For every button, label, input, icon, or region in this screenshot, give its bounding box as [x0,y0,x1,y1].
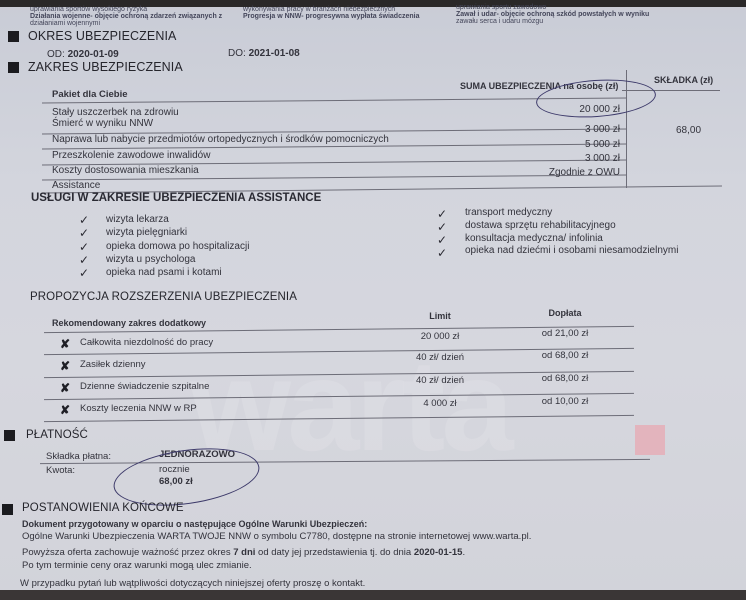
postanowienia-p4: W przypadku pytań lub wątpliwości dotycz… [20,578,365,589]
zakres-row-value: 5 000 zł [520,139,620,150]
assistance-item: konsultacja medyczna/ infolinia [465,233,603,244]
propozycja-col-limit: Limit [400,311,480,321]
fragment-line: działaniami wojennymi [30,20,222,27]
okres-from-label: OD: [47,49,65,60]
check-icon: ✓ [79,266,89,280]
check-icon: ✓ [437,220,447,234]
zakres-row-label: Śmierć w wyniku NNW [52,118,153,129]
zakres-row-label: Koszty dostosowania mieszkania [52,165,199,176]
zakres-premium: 68,00 [676,125,701,136]
section-marker-icon [8,62,19,73]
photo-edge-bottom [0,590,746,600]
x-icon: ✘ [60,337,70,351]
propozycja-col-scope: Rekomendowany zakres dodatkowy [52,318,206,328]
x-icon: ✘ [60,359,70,373]
propozycja-row-limit: 4 000 zł [400,398,480,409]
propozycja-row-extra: od 10,00 zł [525,396,605,407]
fragment-line: uprawiania sportu zawodowo [456,4,649,11]
assistance-item: opieka nad dziećmi i osobami niesamodzie… [465,245,678,256]
validity-date: 2020-01-15 [414,547,463,558]
check-icon: ✓ [79,253,89,267]
text: od daty jej przedstawienia tj. do dnia [255,547,413,558]
check-icon: ✓ [79,240,89,254]
assistance-item: dostawa sprzętu rehabilitacyjnego [465,220,616,231]
zakres-col-premium: SKŁADKA (zł) [654,75,713,85]
x-icon: ✘ [60,381,70,395]
fragment-line: Działania wojenne- objęcie ochroną zdarz… [30,13,222,20]
platnosc-title: PŁATNOŚĆ [26,429,88,441]
zakres-row-value: 3 000 zł [520,153,620,164]
assistance-item: wizyta lekarza [106,214,169,225]
propozycja-row-label: Koszty leczenia NNW w RP [80,403,197,414]
x-icon: ✘ [60,403,70,417]
postanowienia-title: POSTANOWIENIA KOŃCOWE [22,502,184,514]
text: Powyższa oferta zachowuje ważność przez … [22,547,233,558]
section-marker-icon [2,504,13,515]
fragment-line: zawału serca i udaru mózgu [456,18,649,25]
propozycja-row-label: Dzienne świadczenie szpitalne [80,381,209,392]
brand-square [635,425,665,455]
propozycja-row-label: Zasiłek dzienny [80,359,145,370]
zakres-row-label: Naprawa lub nabycie przedmiotów ortopedy… [52,134,389,145]
top-fragment-col1: uprawiania sportów wysokiego ryzyka Dzia… [30,6,222,27]
okres-from-value: 2020-01-09 [68,49,119,60]
assistance-item: wizyta pielęgniarki [106,227,187,238]
check-icon: ✓ [437,246,447,260]
propozycja-row-limit: 40 zł/ dzień [400,375,480,386]
check-icon: ✓ [437,207,447,221]
fragment-line: Zawał i udar- objęcie ochroną szkód pows… [456,11,649,18]
okres-to-label: DO: [228,48,246,59]
check-icon: ✓ [437,233,447,247]
platnosc-mode-label: Składka płatna: [46,451,111,462]
zakres-col-package: Pakiet dla Ciebie [52,89,128,100]
assistance-item: transport medyczny [465,207,552,218]
section-marker-icon [4,430,15,441]
zakres-row-value: 3 000 zł [520,124,620,135]
zakres-title: ZAKRES UBEZPIECZENIA [28,60,183,74]
propozycja-row-limit: 20 000 zł [400,331,480,342]
top-fragment-col3: uprawiania sportu zawodowo Zawał i udar-… [456,4,649,25]
propozycja-row-extra: od 21,00 zł [525,328,605,339]
propozycja-row-extra: od 68,00 zł [525,373,605,384]
okres-to-value: 2021-01-08 [249,48,300,59]
okres-title: OKRES UBEZPIECZENIA [28,29,176,43]
fragment-line: wykonywania pracy w branżach niebezpiecz… [243,6,419,13]
validity-days: 7 dni [233,547,255,558]
assistance-item: opieka domowa po hospitalizacji [106,241,249,252]
postanowienia-p2: Powyższa oferta zachowuje ważność przez … [22,547,465,558]
postanowienia-p1-heading: Dokument przygotowany w oparciu o następ… [22,519,367,529]
zakres-row-label: Stały uszczerbek na zdrowiu [52,107,179,118]
platnosc-amount-label: Kwota: [46,465,75,476]
okres-to: DO: 2021-01-08 [228,48,300,59]
zakres-row-label: Przeszkolenie zawodowe inwalidów [52,150,210,161]
assistance-item: wizyta u psychologa [106,254,196,265]
assistance-title: USŁUGI W ZAKRESIE UBEZPIECZENIA ASSISTAN… [31,192,321,204]
check-icon: ✓ [79,213,89,227]
text: . [462,547,465,558]
assistance-item: opieka nad psami i kotami [106,267,222,278]
zakres-row-value: Zgodnie z OWU [520,167,620,178]
okres-from: OD: 2020-01-09 [47,49,119,60]
zakres-row-label: Assistance [52,180,100,191]
check-icon: ✓ [79,226,89,240]
propozycja-row-label: Całkowita niezdolność do pracy [80,337,213,348]
postanowienia-p1: Ogólne Warunki Ubezpieczenia WARTA TWOJE… [22,531,531,542]
section-marker-icon [8,31,19,42]
propozycja-row-limit: 40 zł/ dzień [400,352,480,363]
postanowienia-p3: Po tym terminie ceny oraz warunki mogą u… [22,560,252,571]
fragment-line: uprawiania sportów wysokiego ryzyka [30,6,222,13]
fragment-line: Progresja w NNW- progresywna wypłata świ… [243,13,419,20]
propozycja-row-extra: od 68,00 zł [525,350,605,361]
propozycja-title: PROPOZYCJA ROZSZERZENIA UBEZPIECZENIA [30,291,297,303]
top-fragment-col2: wykonywania pracy w branżach niebezpiecz… [243,6,419,20]
propozycja-col-extra: Dopłata [525,308,605,318]
